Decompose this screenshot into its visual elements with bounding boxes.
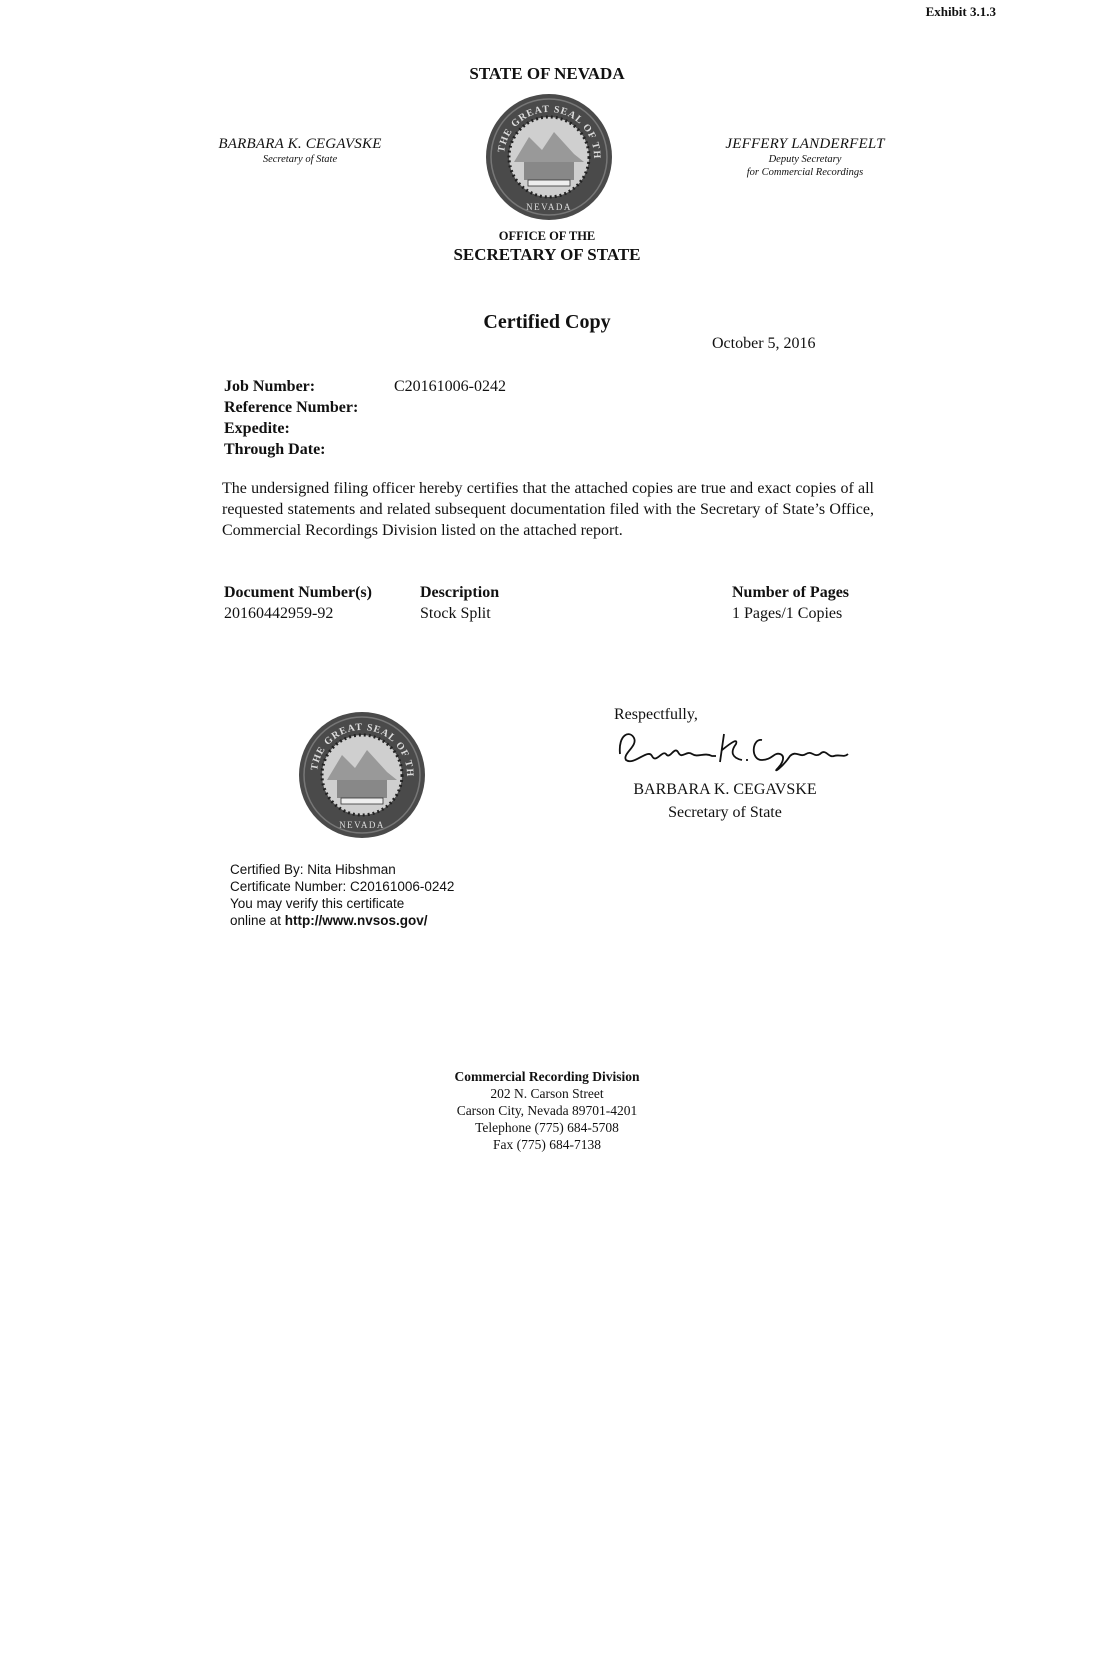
svg-text:NEVADA: NEVADA (526, 202, 572, 212)
job-metadata: Job Number: C20161006-0242 Reference Num… (224, 376, 506, 460)
official-name: BARBARA K. CEGAVSKE (190, 136, 410, 153)
table-header: Document Number(s) Description Number of… (224, 582, 874, 603)
expedite-row: Expedite: (224, 418, 506, 439)
secretary-of-state-header: BARBARA K. CEGAVSKE Secretary of State (190, 136, 410, 166)
state-title: STATE OF NEVADA (0, 64, 1094, 84)
column-header: Description (420, 582, 732, 603)
documents-table: Document Number(s) Description Number of… (224, 582, 874, 624)
certified-by: Certified By: Nita Hibshman (230, 861, 454, 878)
field-value: C20161006-0242 (394, 376, 506, 397)
verification-url-link[interactable]: http://www.nvsos.gov/ (285, 913, 428, 928)
fax: Fax (775) 684-7138 (0, 1136, 1094, 1153)
document-date: October 5, 2016 (712, 335, 816, 353)
exhibit-label: Exhibit 3.1.3 (926, 4, 996, 20)
official-title: Secretary of State (190, 153, 410, 166)
svg-text:NEVADA: NEVADA (339, 820, 385, 830)
certification-paragraph: The undersigned filing officer hereby ce… (222, 478, 874, 541)
official-title-line1: Deputy Secretary (695, 153, 915, 166)
reference-number-row: Reference Number: (224, 397, 506, 418)
office-of-label: OFFICE OF THE (0, 229, 1094, 244)
office-title: SECRETARY OF STATE (0, 245, 1094, 265)
closing-text: Respectfully, (614, 706, 698, 724)
street-address: 202 N. Carson Street (0, 1085, 1094, 1102)
certificate-number: Certificate Number: C20161006-0242 (230, 878, 454, 895)
field-label: Job Number: (224, 376, 394, 397)
telephone: Telephone (775) 684-5708 (0, 1119, 1094, 1136)
official-name: JEFFERY LANDERFELT (695, 136, 915, 153)
column-header: Number of Pages (732, 582, 874, 603)
deputy-secretary-header: JEFFERY LANDERFELT Deputy Secretary for … (695, 136, 915, 179)
job-number-row: Job Number: C20161006-0242 (224, 376, 506, 397)
verify-online-line: online at http://www.nvsos.gov/ (230, 912, 454, 929)
city-address: Carson City, Nevada 89701-4201 (0, 1102, 1094, 1119)
field-label: Through Date: (224, 439, 394, 460)
footer-address: Commercial Recording Division 202 N. Car… (0, 1068, 1094, 1153)
signatory-name: BARBARA K. CEGAVSKE (580, 781, 870, 799)
through-date-row: Through Date: (224, 439, 506, 460)
document-pages: 1 Pages/1 Copies (732, 603, 874, 624)
document-description: Stock Split (420, 603, 732, 624)
handwritten-signature (612, 724, 852, 774)
field-label: Reference Number: (224, 397, 394, 418)
signatory-title: Secretary of State (580, 804, 870, 822)
table-row: 20160442959-92 Stock Split 1 Pages/1 Cop… (224, 603, 874, 624)
division-name: Commercial Recording Division (0, 1068, 1094, 1085)
official-title-line2: for Commercial Recordings (695, 166, 915, 179)
field-label: Expedite: (224, 418, 394, 439)
certification-info: Certified By: Nita Hibshman Certificate … (230, 861, 454, 929)
verify-line: You may verify this certificate (230, 895, 454, 912)
column-header: Document Number(s) (224, 582, 420, 603)
online-prefix: online at (230, 913, 285, 928)
document-number: 20160442959-92 (224, 603, 420, 624)
document-title: Certified Copy (0, 311, 1094, 334)
nevada-state-seal-icon: THE GREAT SEAL OF THE STATE OF NEVADA (297, 710, 427, 840)
nevada-state-seal-icon: THE GREAT SEAL OF THE STATE OF NEVADA (484, 92, 614, 222)
